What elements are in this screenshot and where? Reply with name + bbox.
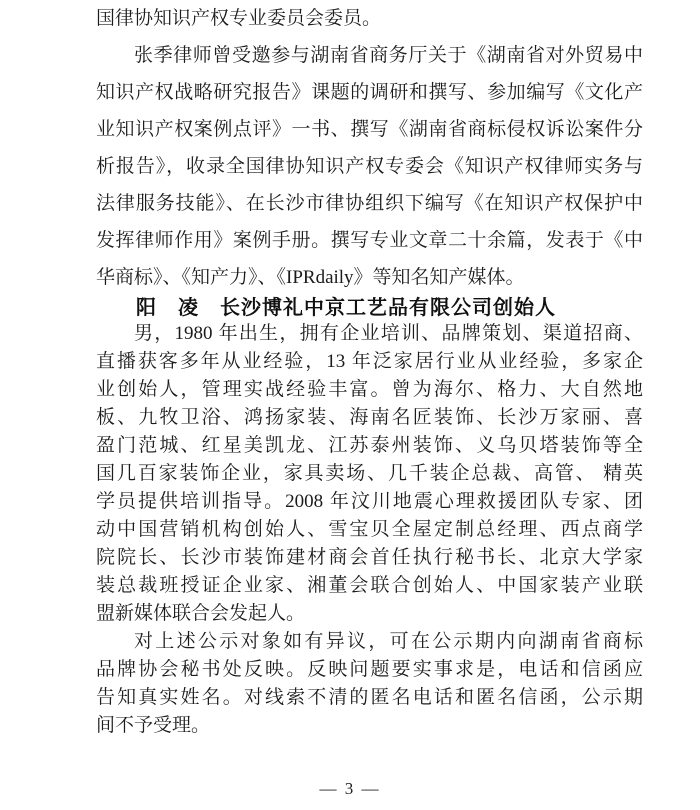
text-line: 装总裁班授证企业家、湘董会联合创始人、中国家装产业联 [96,572,643,600]
text-line: 告知真实姓名。对线索不清的匿名电话和匿名信函，公示期 [96,684,643,712]
page-number: — 3 — [0,779,700,799]
text-line: 业创始人，管理实战经验丰富。曾为海尔、格力、大自然地 [96,376,643,404]
text-line: 国律协知识产权专业委员会委员。 [96,0,643,37]
text-line: 业知识产权案例点评》一书、撰写《湖南省商标侵权诉讼案件分 [96,111,643,148]
paragraph-yangling-bio: 男，1980 年出生，拥有企业培训、品牌策划、渠道招商、 直播获客多年从业经验，… [96,320,643,628]
heading-yang-ling: 阳 凌 长沙博礼中京工艺品有限公司创始人 [96,296,643,320]
text-line: 析报告》，收录全国律协知识产权专委会《知识产权律师实务与 [96,148,643,185]
text-line: 发挥律师作用》案例手册。撰写专业文章二十余篇，发表于《中 [96,222,643,259]
document-page: 国律协知识产权专业委员会委员。 张季律师曾受邀参与湖南省商务厅关于《湖南省对外贸… [0,0,700,810]
text-line: 对上述公示对象如有异议，可在公示期内向湖南省商标 [96,628,643,656]
text-line: 法律服务技能》、在长沙市律协组织下编写《在知识产权保护中 [96,185,643,222]
paragraph-zhangji-bio: 国律协知识产权专业委员会委员。 张季律师曾受邀参与湖南省商务厅关于《湖南省对外贸… [96,0,643,296]
text-line: 动中国营销机构创始人、雪宝贝全屋定制总经理、西点商学 [96,516,643,544]
text-line: 学员提供培训指导。2008 年汶川地震心理救援团队专家、团 [96,488,643,516]
text-line: 品牌协会秘书处反映。反映问题要实事求是，电话和信函应 [96,656,643,684]
text-line: 直播获客多年从业经验，13 年泛家居行业从业经验，多家企 [96,348,643,376]
text-line: 男，1980 年出生，拥有企业培训、品牌策划、渠道招商、 [96,320,643,348]
text-line: 张季律师曾受邀参与湖南省商务厅关于《湖南省对外贸易中 [96,37,643,74]
text-line: 知识产权战略研究报告》课题的调研和撰写、参加编写《文化产 [96,74,643,111]
text-line: 国几百家装饰企业，家具卖场、几千装企总裁、高管、 精英 [96,460,643,488]
text-line: 间不予受理。 [96,712,643,740]
text-line: 板、九牧卫浴、鸿扬家装、海南名匠装饰、长沙万家丽、喜 [96,404,643,432]
paragraph-objection-notice: 对上述公示对象如有异议，可在公示期内向湖南省商标 品牌协会秘书处反映。反映问题要… [96,628,643,740]
text-line: 院院长、长沙市装饰建材商会首任执行秘书长、北京大学家 [96,544,643,572]
text-line: 华商标》、《知产力》、《IPRdaily》等知名知产媒体。 [96,259,643,296]
document-body: 国律协知识产权专业委员会委员。 张季律师曾受邀参与湖南省商务厅关于《湖南省对外贸… [0,0,700,740]
text-line: 盈门范城、红星美凯龙、江苏泰州装饰、义乌贝塔装饰等全 [96,432,643,460]
text-line: 盟新媒体联合会发起人。 [96,600,643,628]
